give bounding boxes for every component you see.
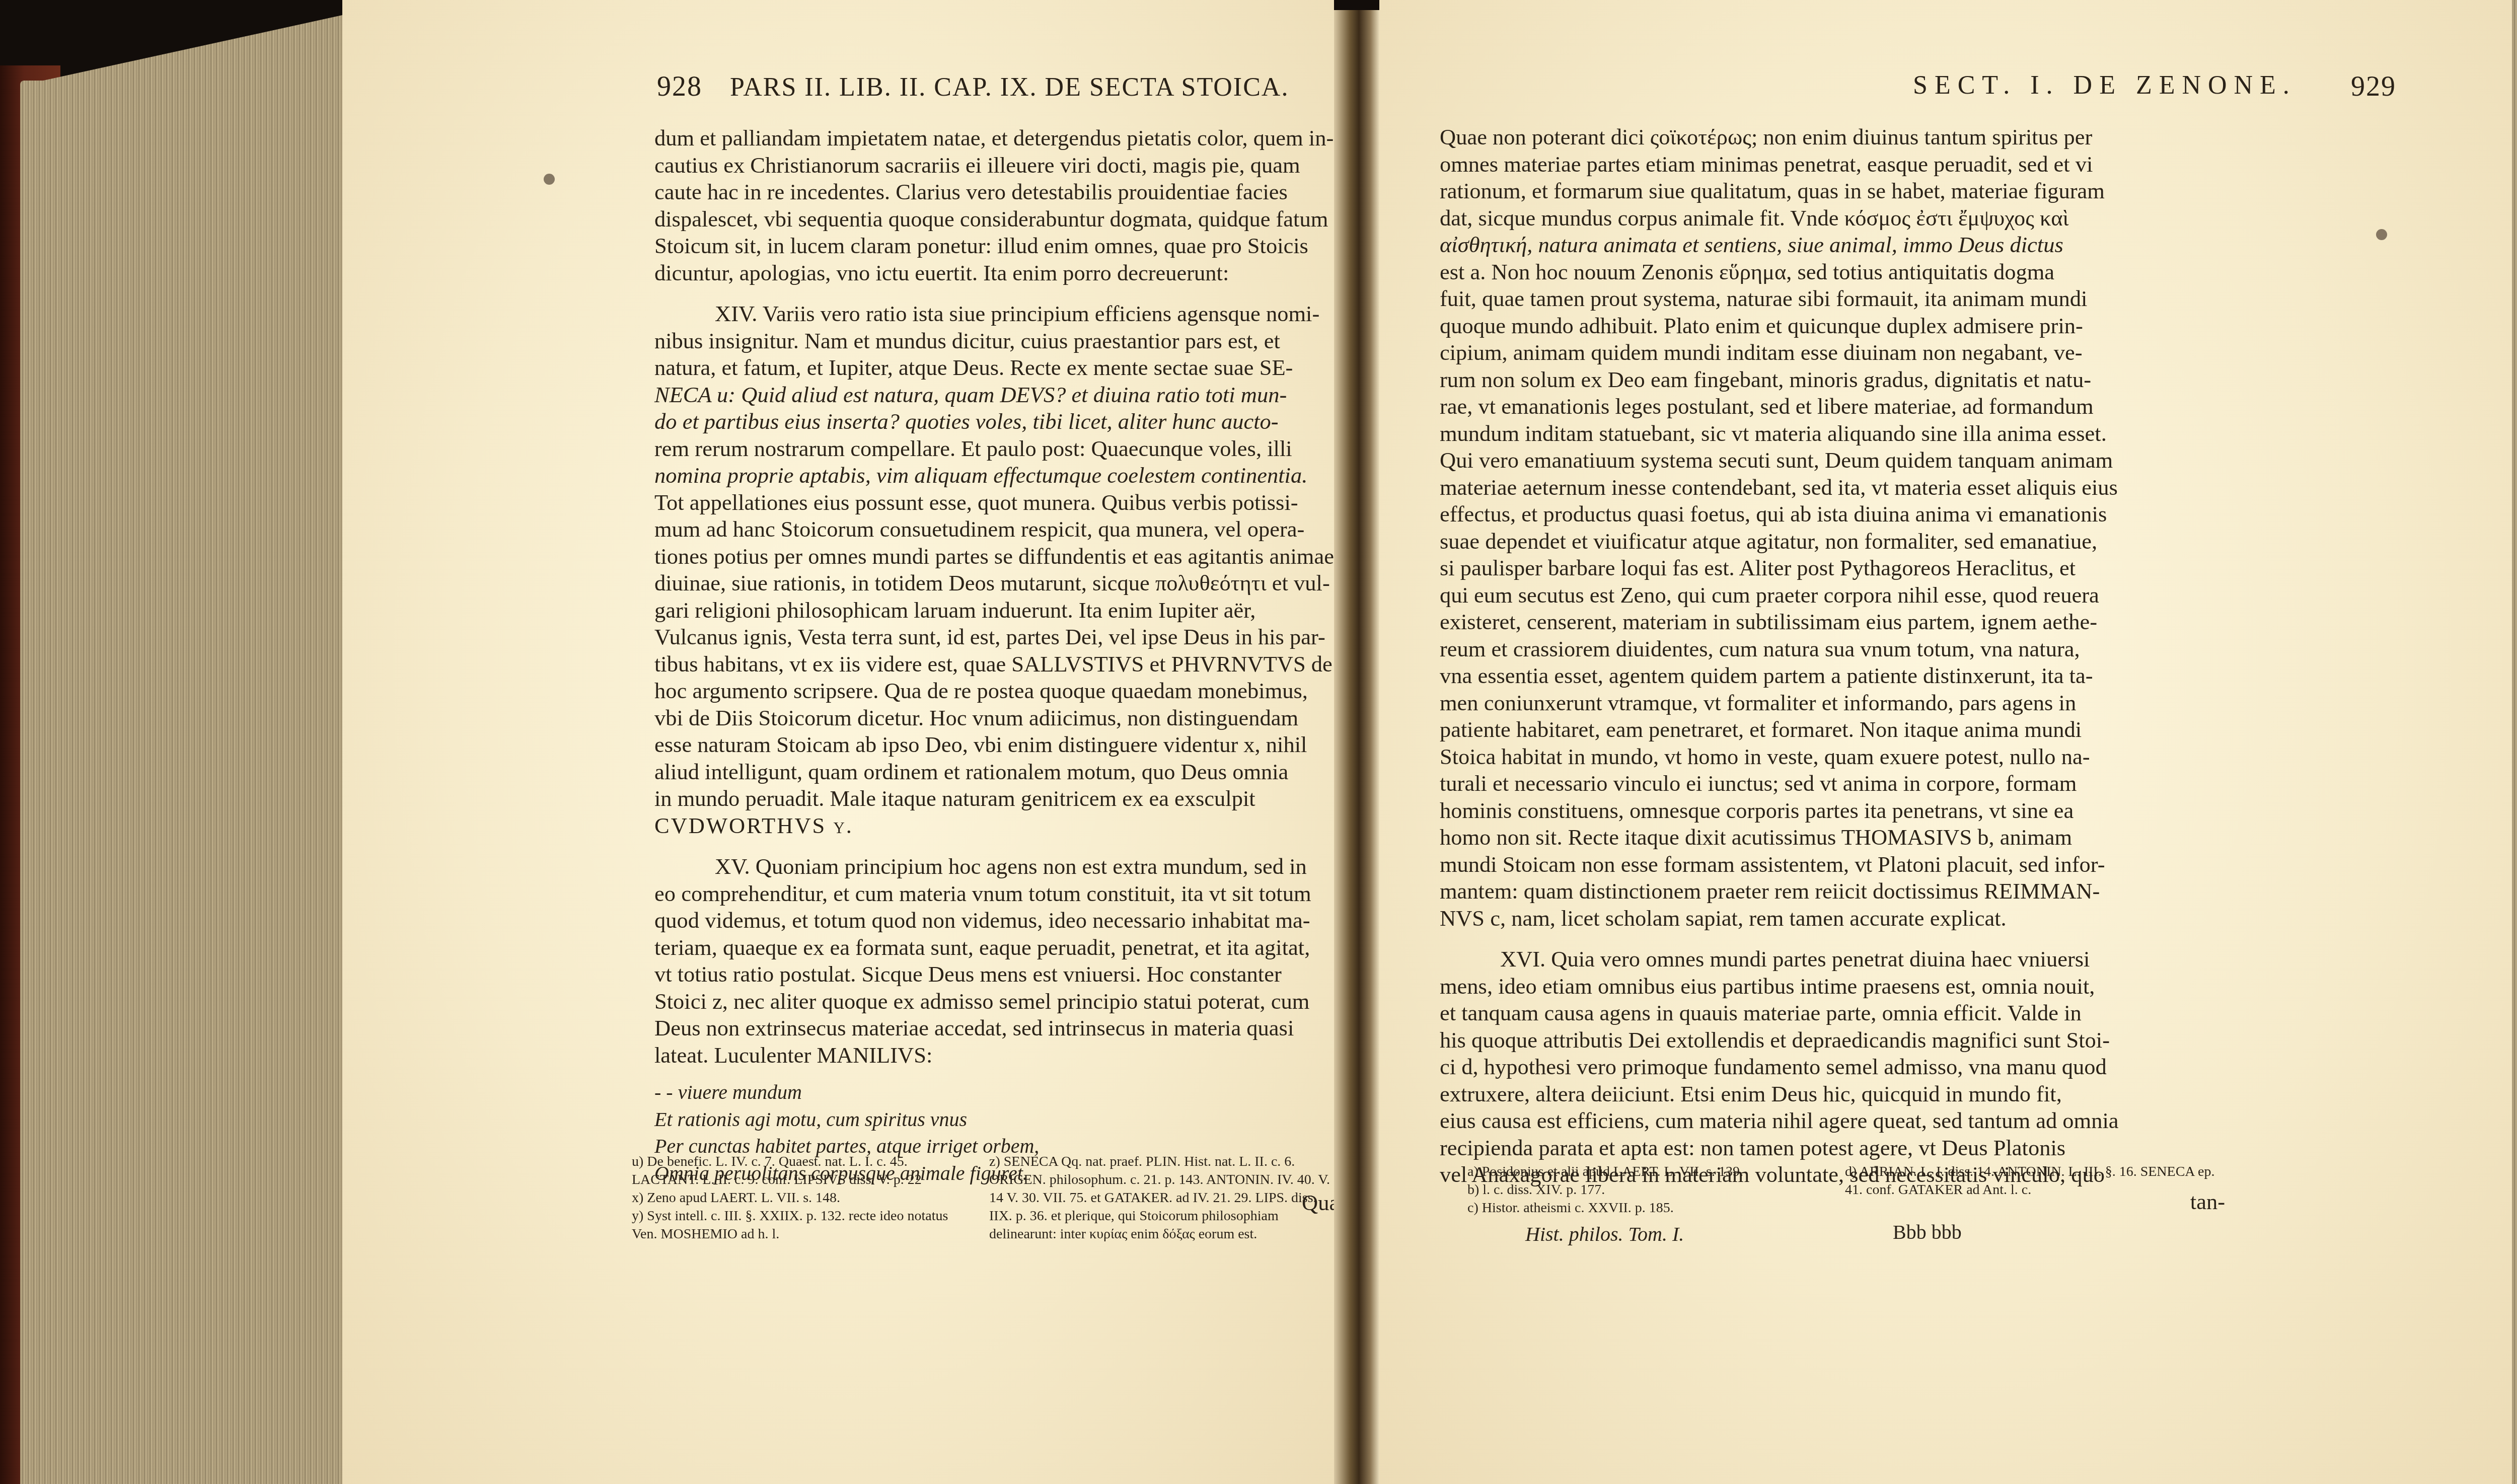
text-line: nibus insignitur. Nam et mundus dicitur,… bbox=[654, 328, 1349, 355]
text-line: vt totius ratio postulat. Sicque Deus me… bbox=[654, 961, 1349, 988]
right-page: SECT. I. DE ZENONE. 929 Quae non poteran… bbox=[1379, 0, 2512, 1484]
text-line: qui eum secutus est Zeno, qui cum praete… bbox=[1440, 582, 2225, 609]
right-head-title: SECT. I. DE ZENONE. bbox=[1913, 70, 2297, 100]
page-number-right: 929 bbox=[2351, 70, 2396, 103]
text-line: gari religioni philosophicam laruam indu… bbox=[654, 597, 1349, 624]
text-line: tibus habitans, vt ex iis videre est, qu… bbox=[654, 651, 1349, 678]
text-line: turali et necessario vinculo ei iunctus;… bbox=[1440, 770, 2225, 797]
text-line: Quae non poterant dici ςοϊκοτέρως; non e… bbox=[1440, 124, 2225, 151]
fore-edge-left bbox=[20, 81, 342, 1484]
text-line: materiae aeternum inesse contendebant, s… bbox=[1440, 474, 2225, 501]
footnote-x: x) Zeno apud LAERT. L. VII. s. 148. bbox=[632, 1189, 974, 1207]
text-line: dicuntur, apologias, vno ictu euertit. I… bbox=[654, 260, 1349, 287]
footnote-y: y) Syst intell. c. III. §. XXIIX. p. 132… bbox=[632, 1207, 974, 1243]
text-line: cipium, animam quidem mundi inditam esse… bbox=[1440, 339, 2225, 366]
text-line: suae dependet et viuificatur atque agita… bbox=[1440, 528, 2225, 555]
text-line: recipienda parata et apta est: non tamen… bbox=[1440, 1135, 2225, 1162]
text-line: Vulcanus ignis, Vesta terra sunt, id est… bbox=[654, 624, 1349, 651]
text-line: mantem: quam distinctionem praeter rem r… bbox=[1440, 878, 2225, 905]
text-line: omnes materiae partes etiam minimas pene… bbox=[1440, 151, 2225, 178]
text-line: vbi de Diis Stoicorum dicetur. Hoc vnum … bbox=[654, 705, 1349, 732]
fore-edge-right bbox=[2512, 0, 2517, 1484]
text-line: Stoica habitat in mundo, vt homo in vest… bbox=[1440, 744, 2225, 771]
footnote-c: c) Histor. atheismi c. XXVII. p. 185. bbox=[1467, 1199, 1830, 1217]
text-line: ci d, hypothesi vero primoque fundamento… bbox=[1440, 1054, 2225, 1081]
text-line: mum ad hanc Stoicorum consuetudinem resp… bbox=[654, 516, 1349, 543]
text-line: Stoici z, nec aliter quoque ex admisso s… bbox=[654, 988, 1349, 1015]
left-page: 928 PARS II. LIB. II. CAP. IX. DE SECTA … bbox=[342, 0, 1334, 1484]
verse-line: Et rationis agi motu, cum spiritus vnus bbox=[654, 1106, 1349, 1133]
text-line: rationum, et formarum siue qualitatum, q… bbox=[1440, 178, 2225, 205]
text-line: NECA u: Quid aliud est natura, quam DEVS… bbox=[654, 382, 1349, 409]
text-line: dispalescet, vbi sequentia quoque consid… bbox=[654, 206, 1349, 233]
right-body-text: Quae non poterant dici ςοϊκοτέρως; non e… bbox=[1440, 124, 2225, 1215]
text-line: rae, vt emanationis leges postulant, sed… bbox=[1440, 393, 2225, 420]
text-line: αἰσθητική, natura animata et sentiens, s… bbox=[1440, 232, 2225, 259]
footnote-u: u) De benefic. L. IV. c. 7. Quaest. nat.… bbox=[632, 1153, 974, 1189]
text-line: mens, ideo etiam omnibus eius partibus i… bbox=[1440, 973, 2225, 1000]
book-gutter bbox=[1334, 10, 1379, 1484]
text-line: his quoque attributis Dei extollendis et… bbox=[1440, 1027, 2225, 1054]
text-line: et tanquam causa agens in quauis materia… bbox=[1440, 1000, 2225, 1027]
page-number-left: 928 bbox=[657, 71, 702, 102]
text-line: effectus, et productus quasi foetus, qui… bbox=[1440, 501, 2225, 528]
footnote-z: z) SENECA Qq. nat. praef. PLIN. Hist. na… bbox=[989, 1153, 1331, 1243]
text-line: lateat. Luculenter MANILIVS: bbox=[654, 1042, 1349, 1069]
left-head-title: PARS II. LIB. II. CAP. IX. DE SECTA STOI… bbox=[730, 73, 1289, 102]
footnote-column: d) ARRIAN. L. I. diss. 14. ANTONIN. L. I… bbox=[1845, 1163, 2217, 1199]
text-line: Qui vero emanatiuum systema secuti sunt,… bbox=[1440, 447, 2225, 474]
text-line: Tot appellationes eius possunt esse, quo… bbox=[654, 489, 1349, 516]
text-line: est a. Non hoc nouum Zenonis εὕρημα, sed… bbox=[1440, 259, 2225, 286]
text-line: nomina proprie aptabis, vim aliquam effe… bbox=[654, 462, 1349, 489]
footnote-d: d) ARRIAN. L. I. diss. 14. ANTONIN. L. I… bbox=[1845, 1163, 2217, 1199]
text-line: tiones potius per omnes mundi partes se … bbox=[654, 543, 1349, 570]
text-line: mundi Stoicam non esse formam assistente… bbox=[1440, 851, 2225, 878]
text-line: mundum inditam statuebant, sic vt materi… bbox=[1440, 420, 2225, 448]
left-body-text: dum et palliandam impietatem natae, et d… bbox=[654, 125, 1349, 1217]
text-line: do et partibus eius inserta? quoties vol… bbox=[654, 408, 1349, 435]
text-line: patiente habitaret, eam penetraret, et f… bbox=[1440, 716, 2225, 744]
text-line: quoque mundo adhibuit. Plato enim et qui… bbox=[1440, 313, 2225, 340]
text-line: men coniunxerunt vtramque, vt formaliter… bbox=[1440, 690, 2225, 717]
text-line: diuinae, siue rationis, in totidem Deos … bbox=[654, 570, 1349, 597]
fore-edge-left-top bbox=[20, 15, 342, 86]
text-line: dum et palliandam impietatem natae, et d… bbox=[654, 125, 1349, 152]
text-line: hoc argumento scripsere. Qua de re poste… bbox=[654, 678, 1349, 705]
text-line: si paulisper barbare loqui fas est. Alit… bbox=[1440, 555, 2225, 582]
text-line: eius causa est efficiens, cum materia ni… bbox=[1440, 1107, 2225, 1135]
text-line: fuit, quae tamen prout systema, naturae … bbox=[1440, 285, 2225, 313]
section-xv-start: XV. Quoniam principium hoc agens non est… bbox=[654, 853, 1349, 880]
text-line: homo non sit. Recte itaque dixit acutiss… bbox=[1440, 824, 2225, 851]
text-line: aliud intelligunt, quam ordinem et ratio… bbox=[654, 759, 1349, 786]
text-line: in mundo peruadit. Male itaque naturam g… bbox=[654, 785, 1349, 812]
text-line: Deus non extrinsecus materiae accedat, s… bbox=[654, 1015, 1349, 1042]
text-line: caute hac in re incedentes. Clarius vero… bbox=[654, 179, 1349, 206]
text-line: existeret, censerent, materiam in subtil… bbox=[1440, 609, 2225, 636]
footnote-column: u) De benefic. L. IV. c. 7. Quaest. nat.… bbox=[632, 1153, 974, 1243]
footnote-column: a) Posidonius et alii apud LAERT. L. VII… bbox=[1467, 1163, 1830, 1217]
text-line: natura, et fatum, et Iupiter, atque Deus… bbox=[654, 354, 1349, 382]
section-xiv-start: XIV. Variis vero ratio ista siue princip… bbox=[654, 301, 1349, 328]
footnote-a: a) Posidonius et alii apud LAERT. L. VII… bbox=[1467, 1163, 1830, 1181]
text-line: NVS c, nam, licet scholam sapiat, rem ta… bbox=[1440, 905, 2225, 932]
left-running-head: 928 PARS II. LIB. II. CAP. IX. DE SECTA … bbox=[657, 70, 1289, 103]
text-line: Stoicum sit, in lucem claram ponetur: il… bbox=[654, 233, 1349, 260]
text-line: reum et crassiorem diuidentes, cum natur… bbox=[1440, 636, 2225, 663]
text-line: quod videmus, et totum quod non videmus,… bbox=[654, 907, 1349, 934]
ink-spot bbox=[2376, 229, 2387, 240]
text-line: teriam, quaeque ex ea formata sunt, eaqu… bbox=[654, 934, 1349, 961]
verse-line: - - viuere mundum bbox=[654, 1079, 1349, 1106]
footnote-column: z) SENECA Qq. nat. praef. PLIN. Hist. na… bbox=[989, 1153, 1331, 1243]
text-line: cautius ex Christianorum sacrariis ei il… bbox=[654, 152, 1349, 179]
ink-spot bbox=[544, 174, 555, 185]
section-xvi-start: XVI. Quia vero omnes mundi partes penetr… bbox=[1440, 946, 2225, 973]
text-line: eo comprehenditur, et cum materia vnum t… bbox=[654, 880, 1349, 908]
signature-mark: Bbb bbb bbox=[1893, 1220, 1962, 1244]
text-line: esse naturam Stoicam ab ipso Deo, vbi en… bbox=[654, 731, 1349, 759]
text-line: dat, sicque mundus corpus animale fit. V… bbox=[1440, 205, 2225, 232]
text-line: rum non solum ex Deo eam fingebant, mino… bbox=[1440, 366, 2225, 394]
footer-volume-title: Hist. philos. Tom. I. bbox=[1525, 1222, 1684, 1246]
text-line: rem rerum nostrarum compellare. Et paulo… bbox=[654, 435, 1349, 463]
text-line: CVDWORTHVS y. bbox=[654, 812, 1349, 840]
text-line: hominis constituens, omnesque corporis p… bbox=[1440, 797, 2225, 825]
footnote-b: b) l. c. diss. XIV. p. 177. bbox=[1467, 1181, 1830, 1199]
text-line: vna essentia esset, agentem quidem parte… bbox=[1440, 662, 2225, 690]
text-line: extruxere, altera deiiciunt. Etsi enim D… bbox=[1440, 1081, 2225, 1108]
